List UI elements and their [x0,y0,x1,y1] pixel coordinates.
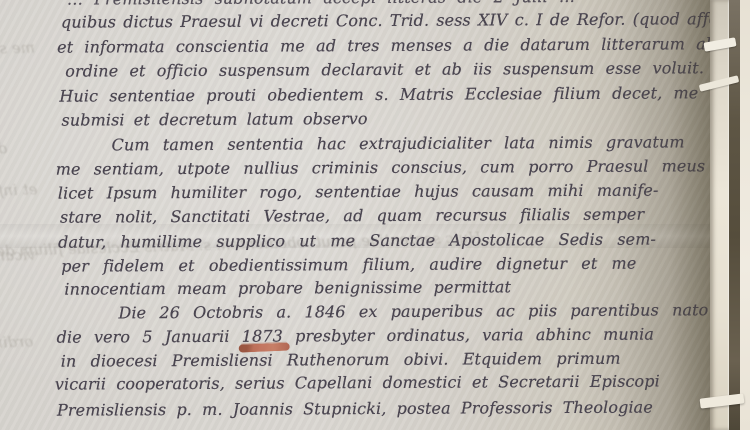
manuscript-line: in dioecesi Premisliensi Ruthenorum obiv… [61,350,621,371]
underlined-year: 1873 [242,326,283,345]
page-stack-dark-edge [729,0,740,430]
manuscript-line: Huic sententiae prouti obedientem s. Mat… [59,84,698,105]
manuscript-line: Premisliensis p. m. Joannis Stupnicki, p… [57,399,653,420]
manuscript-line: ordine et officio suspensum declaravit e… [65,59,704,80]
page-edge-highlight [710,0,729,430]
manuscript-line: … Premisliensis subnotatum accepi litter… [67,0,575,8]
manuscript-line: innocentiam meam probare benignissime pe… [64,278,511,298]
line-text-segment: presbyter ordinatus, varia abhinc munia [283,325,654,346]
manuscript-line paragraph-indent: Cum tamen sententia hac extrajudicialite… [112,133,685,154]
manuscript-line: me sentiam, utpote nullius criminis cons… [56,157,706,178]
manuscript-line: die vero 5 Januarii 1873 presbyter ordin… [57,326,654,347]
manuscript-line: vicarii cooperatoris, serius Capellani d… [55,373,660,394]
manuscript-line: submisi et decretum latum observo [61,110,367,129]
manuscript-photo: me sentiam, utpote nullius criminis cons… [0,0,750,430]
line-text-segment: die vero 5 Januarii [57,327,242,347]
gutter-shadow [618,0,714,430]
manuscript-line: per fidelem et obedientissimum filium, a… [61,255,636,276]
manuscript-line: datur, humillime supplico ut me Sanctae … [58,231,656,252]
manuscript-line: stare nolit, Sanctitati Vestrae, ad quam… [60,206,644,227]
manuscript-line: licet Ipsum humiliter rogo, sententiae h… [58,182,659,203]
adjacent-page-edge [740,0,750,430]
